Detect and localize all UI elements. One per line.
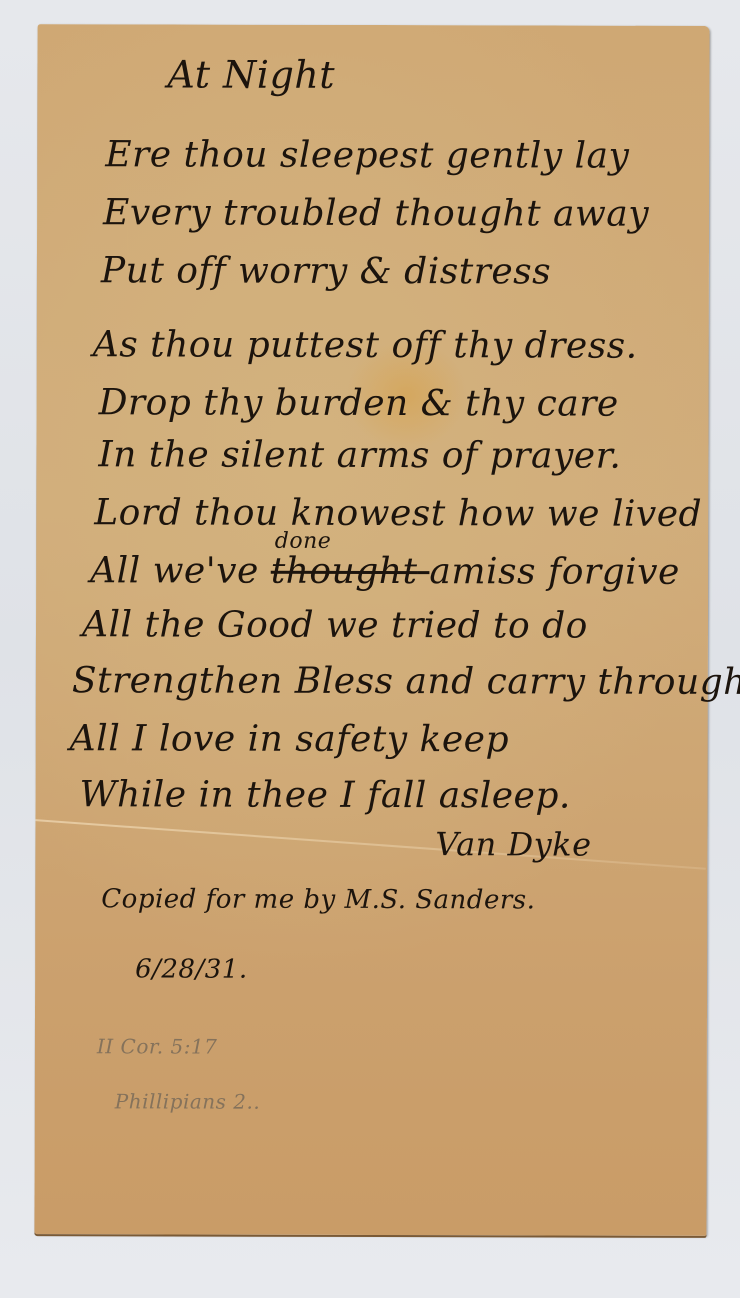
copied-by-note: Copied for me by M.S. Sanders. [101,884,535,915]
poem-line-9: All the Good we tried to do [82,604,588,646]
poem-line-1: Ere thou sleepest gently lay [105,134,629,176]
poem-line-2: Every troubled thought away [103,192,649,234]
poem-line-5: Drop thy burden & thy care [99,382,619,424]
poem-line-8-start: All we've [90,550,259,591]
poem-line-8: All we've thought done amiss forgive [90,550,680,593]
poem-line-8-end: amiss forgive [429,551,680,593]
poem-line-4: As thou puttest off thy dress. [93,324,638,366]
poem-line-12: While in thee I fall asleep. [80,774,571,816]
poem-line-11: All I love in safety keep [70,718,509,760]
struck-word: thought done [271,551,430,592]
author-signature: Van Dyke [435,825,591,863]
paper-crease [35,819,705,870]
poem-line-3: Put off worry & distress [101,250,551,292]
date-note: 6/28/31. [135,954,248,984]
poem-line-6: In the silent arms of prayer. [98,434,621,476]
handwritten-note-paper: At Night Ere thou sleepest gently lay Ev… [34,24,709,1236]
pencil-note-scripture-2: Phillipians 2.. [115,1089,261,1113]
pencil-note-scripture-1: II Cor. 5:17 [97,1034,218,1058]
poem-line-10: Strengthen Bless and carry through [72,660,740,703]
poem-title: At Night [167,52,335,96]
poem-line-7: Lord thou knowest how we lived [94,492,702,535]
inserted-word: done [275,529,332,554]
struck-word-text: thought [271,551,418,592]
